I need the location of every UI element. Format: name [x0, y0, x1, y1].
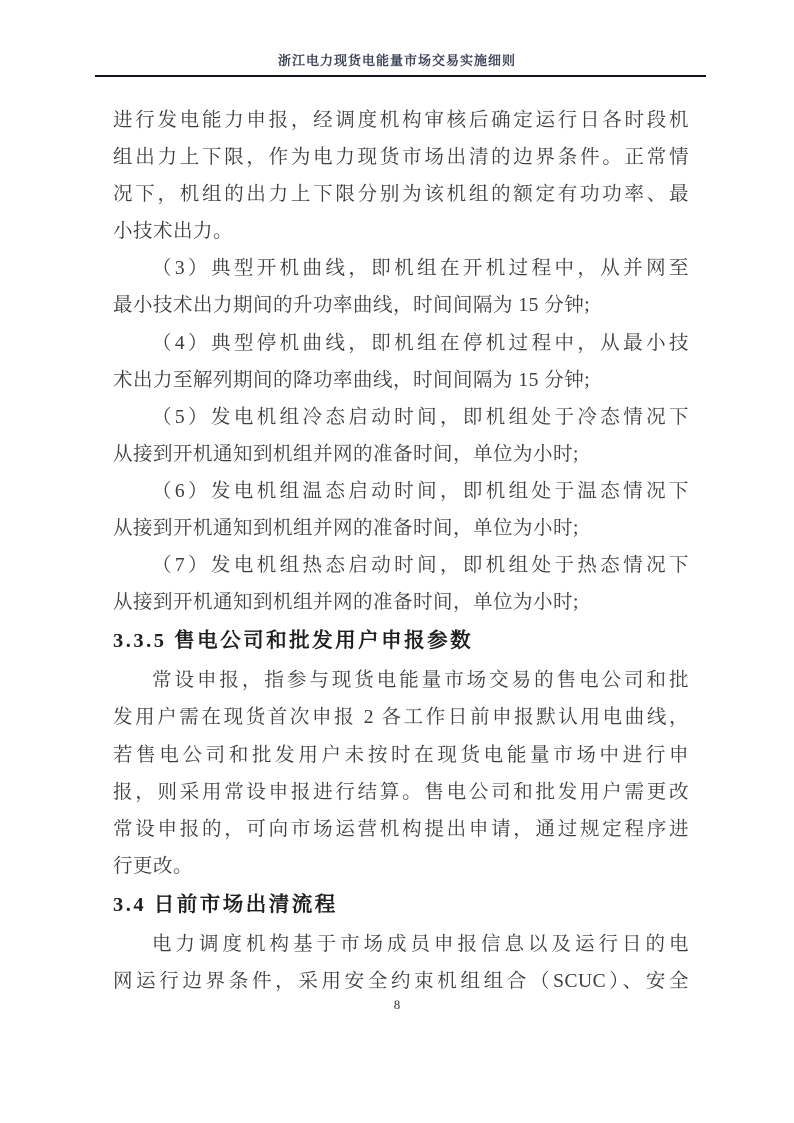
paragraph-7: 常设申报，指参与现货电能量市场交易的售电公司和批 发用户需在现货首次申报 2 各… [113, 662, 689, 885]
text-line: 发用户需在现货首次申报 2 各工作日前申报默认用电曲线， [113, 699, 689, 736]
text-line: 术出力至解列期间的降功率曲线，时间间隔为 15 分钟; [113, 362, 689, 399]
paragraph-1: 进行发电能力申报，经调度机构审核后确定运行日各时段机 组出力上下限，作为电力现货… [113, 102, 689, 250]
header-rule [95, 75, 706, 77]
paragraph-5: （6）发电机组温态启动时间，即机组处于温态情况下 从接到开机通知到机组并网的准备… [113, 473, 689, 547]
text-line: 电力调度机构基于市场成员申报信息以及运行日的电 [113, 926, 689, 963]
paragraph-2: （3）典型开机曲线，即机组在开机过程中，从并网至 最小技术出力期间的升功率曲线，… [113, 250, 689, 324]
paragraph-4: （5）发电机组冷态启动时间，即机组处于冷态情况下 从接到开机通知到机组并网的准备… [113, 399, 689, 473]
text-line: 常设申报的，可向市场运营机构提出申请，通过规定程序进 [113, 811, 689, 848]
text-line: （6）发电机组温态启动时间，即机组处于温态情况下 [113, 473, 689, 510]
text-line: 若售电公司和批发用户未按时在现货电能量市场中进行申 [113, 737, 689, 774]
document-body: 进行发电能力申报，经调度机构审核后确定运行日各时段机 组出力上下限，作为电力现货… [113, 102, 689, 1000]
text-line: 报，则采用常设申报进行结算。售电公司和批发用户需更改 [113, 774, 689, 811]
paragraph-3: （4）典型停机曲线，即机组在停机过程中，从最小技 术出力至解列期间的降功率曲线，… [113, 325, 689, 399]
document-page: 浙江电力现货电能量市场交易实施细则 进行发电能力申报，经调度机构审核后确定运行日… [0, 0, 794, 1123]
page-number: 8 [394, 997, 401, 1012]
text-line: 从接到开机通知到机组并网的准备时间，单位为小时; [113, 510, 689, 547]
header-title: 浙江电力现货电能量市场交易实施细则 [0, 50, 794, 69]
text-line: （4）典型停机曲线，即机组在停机过程中，从最小技 [113, 325, 689, 362]
text-line: （3）典型开机曲线，即机组在开机过程中，从并网至 [113, 250, 689, 287]
text-line: 组出力上下限，作为电力现货市场出清的边界条件。正常情 [113, 139, 689, 176]
section-heading-3-4: 3.4 日前市场出清流程 [113, 885, 689, 926]
text-line: （5）发电机组冷态启动时间，即机组处于冷态情况下 [113, 399, 689, 436]
text-line: （7）发电机组热态启动时间，即机组处于热态情况下 [113, 547, 689, 584]
text-line: 从接到开机通知到机组并网的准备时间，单位为小时; [113, 584, 689, 621]
paragraph-6: （7）发电机组热态启动时间，即机组处于热态情况下 从接到开机通知到机组并网的准备… [113, 547, 689, 621]
text-line: 从接到开机通知到机组并网的准备时间，单位为小时; [113, 436, 689, 473]
section-heading-3-3-5: 3.3.5 售电公司和批发用户申报参数 [113, 621, 689, 662]
text-line: 常设申报，指参与现货电能量市场交易的售电公司和批 [113, 662, 689, 699]
text-line: 小技术出力。 [113, 213, 689, 250]
text-line: 网运行边界条件，采用安全约束机组组合（SCUC）、安全 [113, 963, 689, 1000]
paragraph-8: 电力调度机构基于市场成员申报信息以及运行日的电 网运行边界条件，采用安全约束机组… [113, 926, 689, 1000]
text-line: 行更改。 [113, 848, 689, 885]
text-line: 况下，机组的出力上下限分别为该机组的额定有功功率、最 [113, 176, 689, 213]
text-line: 进行发电能力申报，经调度机构审核后确定运行日各时段机 [113, 102, 689, 139]
page-footer: 8 [0, 997, 794, 1013]
text-line: 最小技术出力期间的升功率曲线，时间间隔为 15 分钟; [113, 287, 689, 324]
